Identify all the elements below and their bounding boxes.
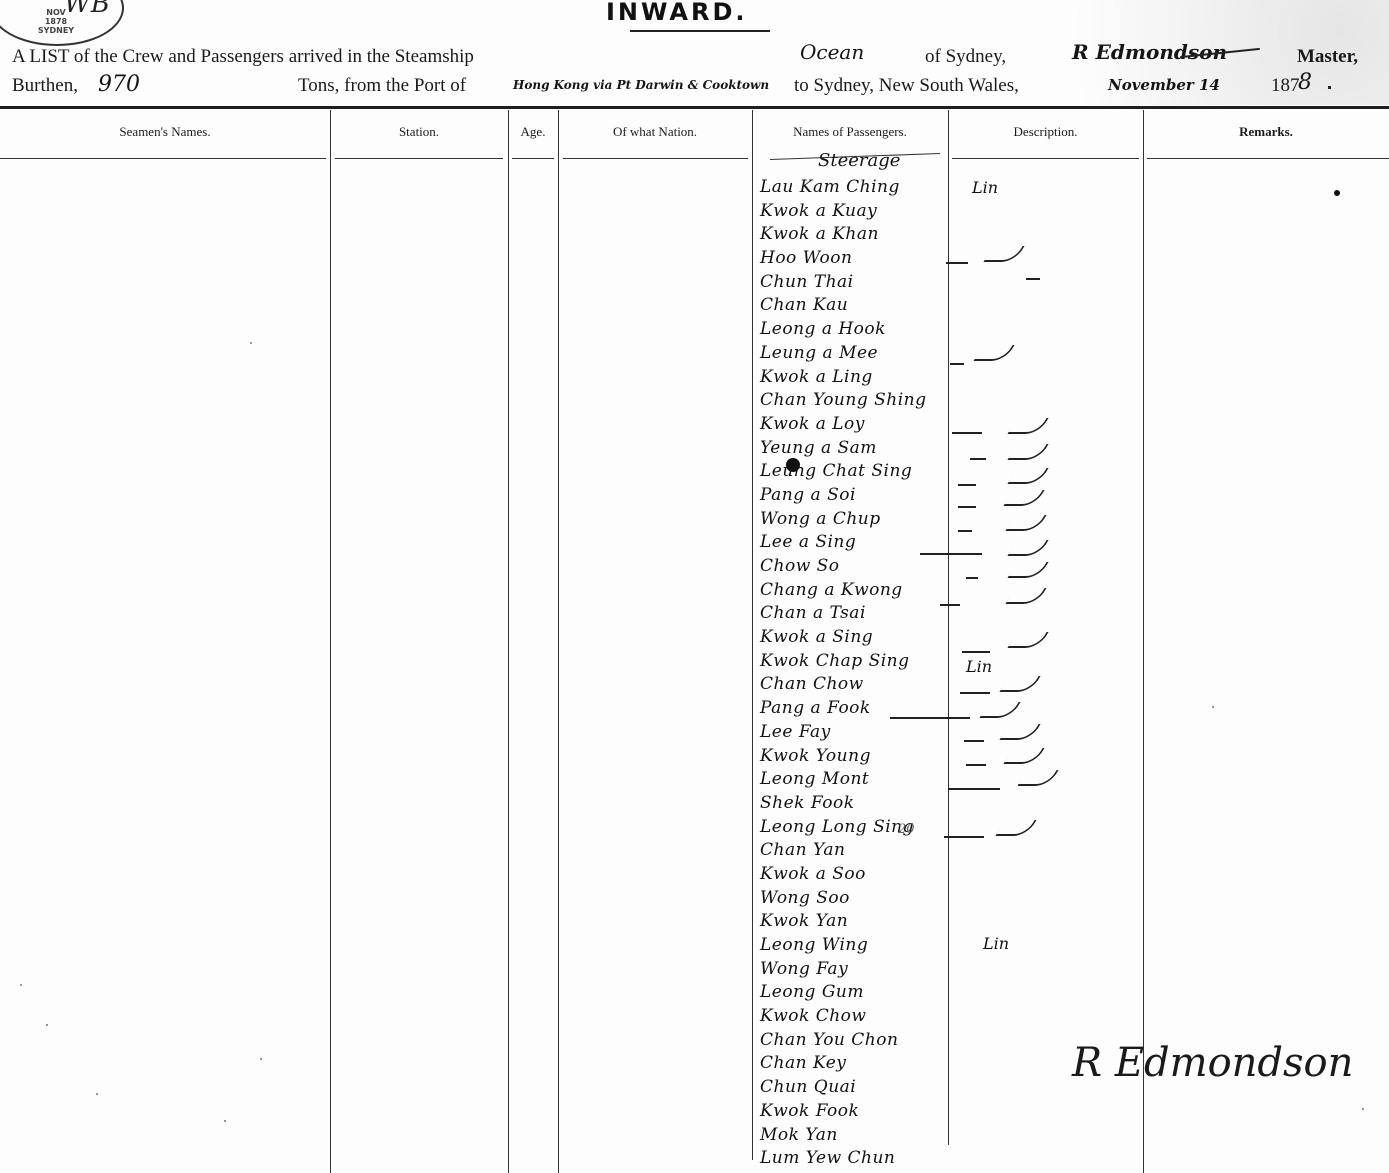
ditto-tick	[1007, 562, 1048, 578]
passenger-name: Chang a Kwong	[760, 579, 950, 603]
passenger-name: Lum Yew Chun	[760, 1147, 950, 1171]
passenger-name: Chan Young Shing	[760, 389, 950, 413]
header-underline-seamen	[0, 158, 326, 159]
master-label: Master,	[1297, 46, 1358, 68]
passenger-name: Kwok a Kuay	[760, 200, 950, 224]
ditto-tick	[979, 702, 1020, 718]
passenger-list: Lau Kam Ching Kwok a Kuay Kwok a Khan Ho…	[760, 176, 950, 1171]
column-divider-age	[508, 110, 509, 1173]
description-note: Lin	[983, 934, 1009, 953]
column-header-remarks: Remarks.	[1143, 124, 1389, 140]
passenger-name: Kwok a Sing	[760, 626, 950, 650]
passenger-name: Kwok a Ling	[760, 366, 950, 390]
ditto-tick	[999, 676, 1040, 692]
remarks-ink-dot	[1334, 190, 1340, 196]
ditto-tick	[1005, 515, 1046, 531]
ditto-dash	[958, 530, 972, 532]
passenger-name: Lee a Sing	[760, 531, 950, 555]
description-note: Lin	[966, 657, 992, 676]
port-value: Hong Kong via Pt Darwin & Cooktown	[513, 78, 769, 92]
passenger-name: Kwok Chow	[760, 1005, 950, 1029]
passenger-name: Wong Fay	[760, 958, 950, 982]
ditto-dash	[1026, 278, 1040, 280]
passenger-name: Chow So	[760, 555, 950, 579]
ditto-dash	[958, 484, 976, 486]
column-header-age: Age.	[508, 124, 558, 140]
ditto-tick	[1007, 468, 1048, 484]
stamp-city: SYDNEY	[36, 26, 76, 35]
passenger-name: Mok Yan	[760, 1124, 950, 1148]
age-annotation: 20	[898, 822, 915, 837]
passenger-name: Wong Soo	[760, 887, 950, 911]
list-intro-text: A LIST of the Crew and Passengers arrive…	[12, 46, 474, 68]
burthen-label: Burthen,	[12, 75, 78, 97]
paper-speck	[20, 984, 22, 986]
passenger-name: Chan Chow	[760, 673, 950, 697]
ditto-dash	[952, 432, 982, 434]
column-header-station: Station.	[330, 124, 508, 140]
ditto-dash	[962, 651, 990, 653]
ditto-dash	[960, 692, 990, 694]
passenger-name: Leung a Mee	[760, 342, 950, 366]
ditto-dash	[950, 363, 964, 365]
passenger-name: Leong a Hook	[760, 318, 950, 342]
column-divider-station	[330, 110, 331, 1173]
column-divider-passengers	[752, 110, 753, 1160]
ditto-dash	[940, 604, 960, 606]
year-suffix: 8	[1298, 70, 1312, 95]
passenger-name: Hoo Woon	[760, 247, 950, 271]
passenger-name: Leong Long Sing	[760, 816, 950, 840]
paper-speck	[96, 1093, 98, 1095]
year-prefix: 187	[1271, 75, 1300, 97]
ditto-dash	[966, 764, 986, 766]
passenger-name: Chun Quai	[760, 1076, 950, 1100]
passenger-name: Chan Key	[760, 1052, 950, 1076]
title-underline	[630, 30, 770, 32]
ditto-dash	[890, 717, 970, 719]
paper-speck	[1212, 706, 1214, 708]
ditto-dash	[958, 506, 976, 508]
passenger-name: Leong Gum	[760, 981, 950, 1005]
passenger-name: Leong Wing	[760, 934, 950, 958]
paper-speck	[224, 1120, 226, 1122]
ditto-tick	[1017, 770, 1058, 786]
column-divider-nation	[558, 110, 559, 1173]
arrival-date: November 14	[1108, 76, 1220, 94]
passenger-name: Leong Mont	[760, 768, 950, 792]
destination-label: to Sydney, New South Wales,	[794, 75, 1019, 97]
passenger-name: Wong a Chup	[760, 508, 950, 532]
ink-blot	[786, 458, 800, 472]
passenger-name: Kwok a Soo	[760, 863, 950, 887]
ditto-dash	[948, 788, 1000, 790]
ditto-dash	[946, 262, 968, 264]
passenger-name: Chan Yan	[760, 839, 950, 863]
passenger-name: Kwok Young	[760, 745, 950, 769]
header-rule	[0, 106, 1389, 109]
header-underline-nation	[563, 158, 748, 159]
ditto-tick	[1007, 632, 1048, 648]
column-header-nation: Of what Nation.	[558, 124, 752, 140]
arrival-stamp: NOV 1878 SYDNEY WB	[0, 0, 124, 46]
ditto-dash	[920, 553, 982, 555]
passenger-name: Yeung a Sam	[760, 437, 950, 461]
ditto-dash	[970, 458, 986, 460]
passenger-name: Lau Kam Ching	[760, 176, 950, 200]
master-name: R Edmondson	[1072, 40, 1227, 64]
ditto-dash	[964, 740, 984, 742]
date-period	[1328, 86, 1331, 89]
paper-speck	[46, 1024, 48, 1026]
ditto-tick	[983, 246, 1024, 262]
passenger-name: Shek Fook	[760, 792, 950, 816]
header-underline-description	[952, 158, 1139, 159]
ditto-tick	[999, 724, 1040, 740]
page-title: INWARD.	[606, 0, 748, 26]
ditto-dash	[966, 577, 978, 579]
passenger-name: Kwok Fook	[760, 1100, 950, 1124]
description-note: Lin	[972, 178, 998, 197]
header-underline-remarks	[1147, 158, 1389, 159]
master-signature: R Edmondson	[1072, 1040, 1353, 1086]
passenger-name: Chan a Tsai	[760, 602, 950, 626]
passenger-name: Kwok Yan	[760, 910, 950, 934]
passenger-name: Kwok Chap Sing	[760, 650, 950, 674]
passenger-name: Pang a Soi	[760, 484, 950, 508]
ship-name: Ocean	[800, 40, 864, 64]
paper-speck	[260, 1058, 262, 1060]
ditto-tick	[1005, 588, 1046, 604]
of-sydney-label: of Sydney,	[925, 46, 1006, 68]
passenger-name: Kwok a Khan	[760, 223, 950, 247]
ditto-tick	[1003, 490, 1044, 506]
ditto-tick	[1007, 444, 1048, 460]
ditto-tick	[1003, 748, 1044, 764]
ditto-dash	[944, 836, 984, 838]
paper-speck	[1362, 1108, 1364, 1110]
passenger-name: Chun Thai	[760, 271, 950, 295]
ditto-tick	[1007, 540, 1048, 556]
ditto-tick	[1007, 418, 1048, 434]
paper-speck	[250, 342, 252, 344]
tons-port-label: Tons, from the Port of	[298, 75, 466, 97]
header-underline-station	[335, 158, 503, 159]
header-underline-age	[512, 158, 554, 159]
ditto-tick	[973, 345, 1014, 361]
passenger-class-heading: Steerage	[818, 150, 900, 171]
stamp-initials: WB	[64, 0, 110, 9]
burthen-value: 970	[98, 72, 140, 97]
passenger-name: Chan You Chon	[760, 1029, 950, 1053]
passenger-name: Chan Kau	[760, 294, 950, 318]
column-header-description: Description.	[948, 124, 1143, 140]
ditto-tick	[995, 820, 1036, 836]
passenger-name: Lee Fay	[760, 721, 950, 745]
column-divider-remarks	[1143, 110, 1144, 1173]
column-header-passengers: Names of Passengers.	[752, 124, 948, 140]
passenger-name: Kwok a Loy	[760, 413, 950, 437]
column-header-seamen: Seamen's Names.	[0, 124, 330, 140]
